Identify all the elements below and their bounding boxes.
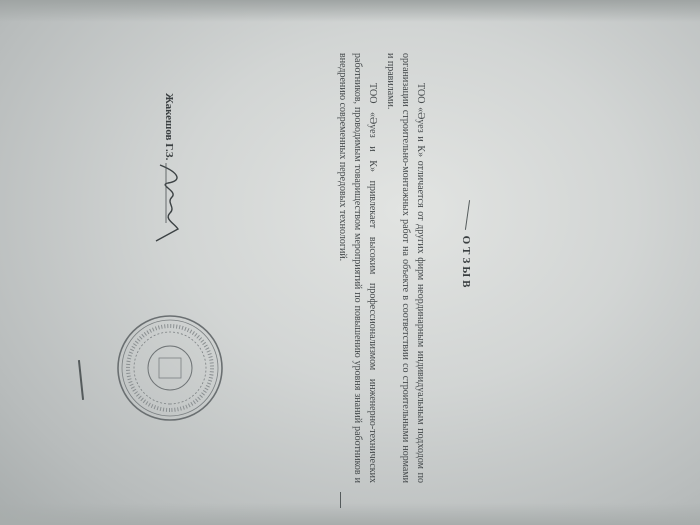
signature-icon xyxy=(150,163,190,243)
paragraph-2: ТОО «Әуез и К» привлекает высоким профес… xyxy=(335,53,380,483)
paragraph-1-text: ТОО «Әуез и К» отличается от других фирм… xyxy=(383,53,428,483)
pen-mark xyxy=(340,492,341,508)
paragraph-1: ТОО «Әуез и К» отличается от других фирм… xyxy=(383,53,428,483)
signer-name: Жакешов Г.З. xyxy=(163,93,175,160)
paragraph-2-text: ТОО «Әуез и К» привлекает высоким профес… xyxy=(335,53,380,483)
document-title: ОТЗЫВ xyxy=(460,13,472,513)
seal-stamp-icon xyxy=(115,313,225,423)
document-page: ОТЗЫВ ТОО «Әуез и К» отличается от други… xyxy=(10,13,690,513)
